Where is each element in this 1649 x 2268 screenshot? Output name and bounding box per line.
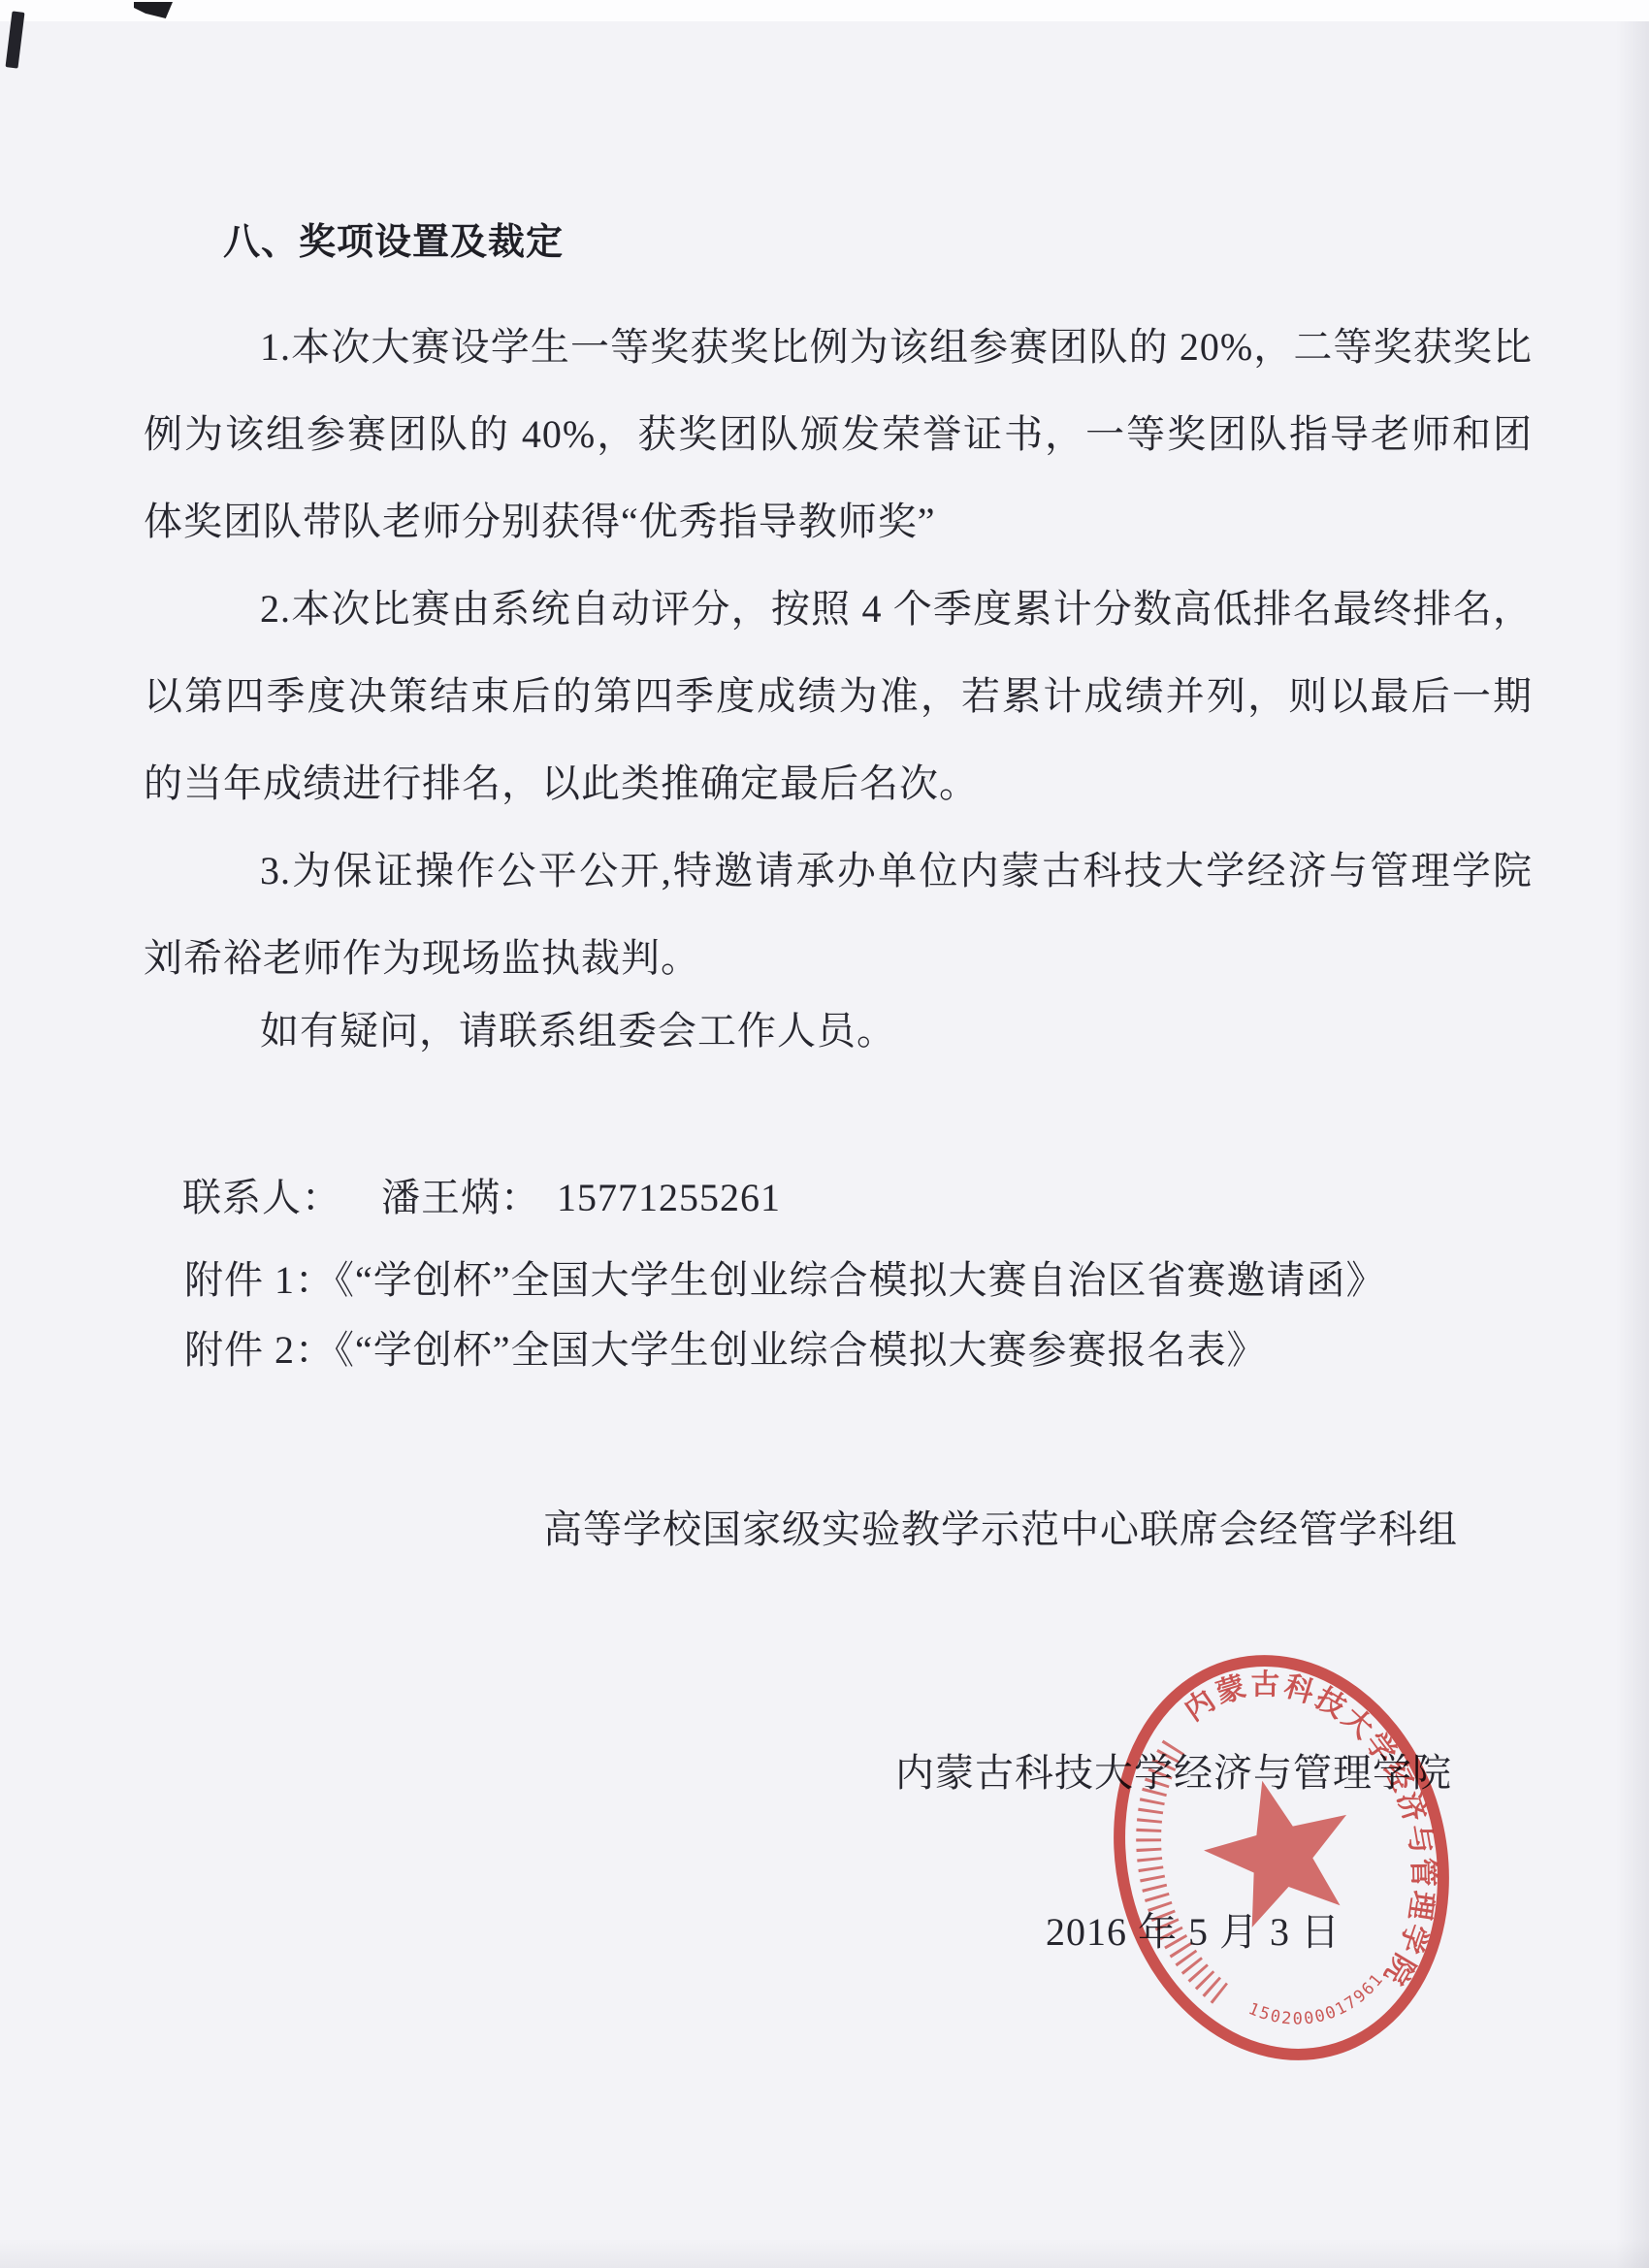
attachment-1: 附件 1：《“学创杯”全国大学生创业综合模拟大赛自治区省赛邀请函》: [184, 1246, 1533, 1315]
paragraph-awards: 1.本次大赛设学生一等奖获奖比例为该组参赛团队的 20%，二等奖获奖比例为该组参…: [144, 304, 1533, 566]
seal-mongolian-script: [1122, 1744, 1238, 2003]
organizer-line: 高等学校国家级实验教学示范中心联席会经管学科组: [543, 1486, 1533, 1573]
note-line: 如有疑问，请联系组委会工作人员。: [144, 988, 1533, 1075]
scanned-document-page: 八、奖项设置及裁定 1.本次大赛设学生一等奖获奖比例为该组参赛团队的 20%，二…: [0, 0, 1649, 2268]
scan-edge-shadow-bottom: [0, 2239, 1649, 2268]
contact-phone: 15771255261: [557, 1176, 781, 1219]
scan-edge-shadow-right: [1616, 0, 1649, 2268]
contact-line: 联系人： 潘王焫： 15771255261: [182, 1154, 1533, 1242]
section-heading: 八、奖项设置及裁定: [144, 199, 1533, 286]
contact-name: 潘王焫：: [381, 1176, 540, 1219]
paragraph-scoring: 2.本次比赛由系统自动评分，按照 4 个季度累计分数高低排名最终排名，以第四季度…: [144, 566, 1533, 827]
paragraph-referee: 3.为保证操作公平公开,特邀请承办单位内蒙古科技大学经济与管理学院刘希裕老师作为…: [144, 827, 1533, 1002]
seal-star-icon: [1191, 1763, 1368, 1933]
scan-artifact-top: [134, 2, 173, 18]
attachment-2: 附件 2：《“学创杯”全国大学生创业综合模拟大赛参赛报名表》: [184, 1315, 1533, 1385]
contact-label: 联系人：: [182, 1176, 341, 1219]
